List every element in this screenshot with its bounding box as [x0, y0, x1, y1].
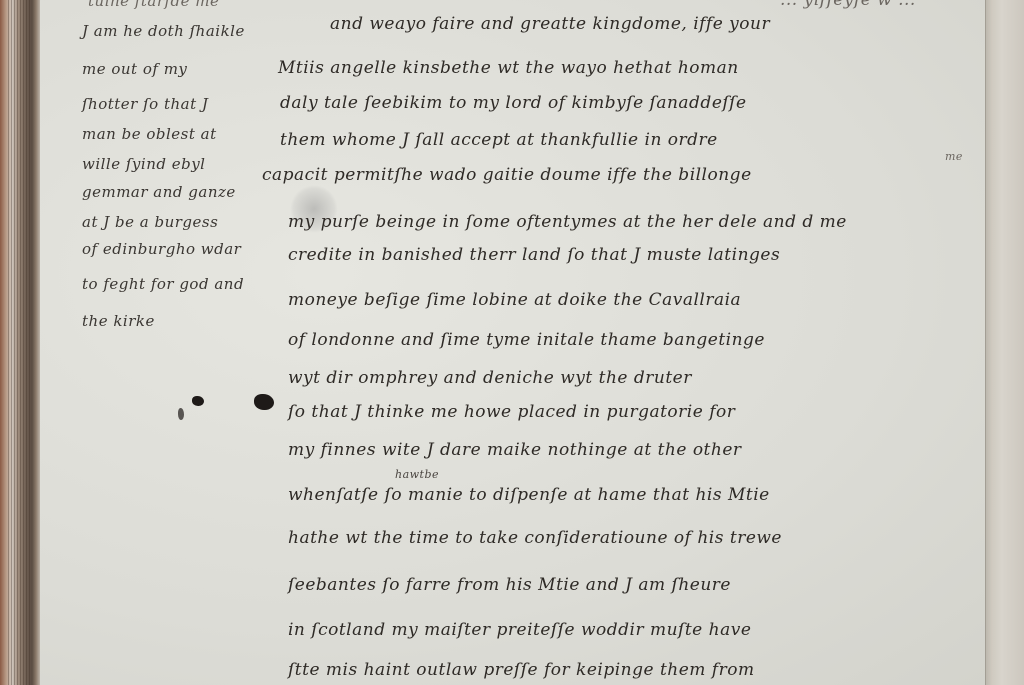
body-line: moneye beſige ſime lobine at doike the C… — [288, 290, 741, 310]
body-line: credite in banished therr land ſo that J… — [288, 245, 780, 265]
body-line: and weayo faire and greatte kingdome, if… — [330, 14, 770, 34]
margin-note: wille ſyind ebyl — [82, 155, 205, 173]
margin-note: gemmar and ganze — [82, 183, 236, 201]
body-line: them whome J ſall accept at thankfullie … — [280, 130, 718, 150]
body-line: ſeebantes ſo farre from his Mtie and J a… — [288, 575, 731, 595]
book-binding-edge — [0, 0, 40, 685]
margin-note: the kirke — [82, 312, 155, 330]
interlinear-insertion: hawtbe — [395, 468, 439, 481]
body-line: ſo that J thinke me howe placed in purga… — [288, 402, 735, 422]
margin-note: ſhotter ſo that J — [82, 95, 208, 113]
margin-note: me out of my — [82, 60, 187, 78]
margin-note: to feght for god and — [82, 275, 244, 293]
body-line: ſtte mis haint outlaw preſſe for keiping… — [288, 660, 755, 680]
right-margin-fragment: me — [945, 150, 963, 163]
top-partial-body-line: ... yiſſeyſe w ... — [780, 0, 916, 10]
body-line: wyt dir omphrey and deniche wyt the drut… — [288, 368, 692, 388]
body-line: whenſatſe ſo manie to diſpenſe at hame t… — [288, 485, 770, 505]
margin-note: of edinburgho wdar — [82, 240, 241, 258]
ink-blot — [254, 394, 274, 410]
body-line: my purſe beinge in ſome oftentymes at th… — [288, 212, 847, 232]
margin-note: J am he doth ſhaikle — [82, 22, 245, 40]
body-line: of londonne and ſime tyme initale thame … — [288, 330, 765, 350]
margin-note: man be oblest at — [82, 125, 217, 143]
body-line: capacit permitſhe wado gaitie doume iffe… — [262, 165, 752, 185]
body-line: my finnes wite J dare maike nothinge at … — [288, 440, 742, 460]
margin-note: at J be a burgess — [82, 213, 218, 231]
ink-blot — [192, 396, 204, 406]
body-line: daly tale ſeebikim to my lord of kimbyſe… — [280, 93, 747, 113]
top-partial-margin-line: tuine ftarfde me — [88, 0, 219, 10]
body-line: in ſcotland my maiſter preiteſſe woddir … — [288, 620, 751, 640]
body-line: Mtiis angelle kinsbethe wt the wayo heth… — [278, 58, 739, 78]
facing-page-edge — [985, 0, 1024, 685]
body-line: hathe wt the time to take conſideratioun… — [288, 528, 782, 548]
ink-speckle — [178, 408, 184, 420]
